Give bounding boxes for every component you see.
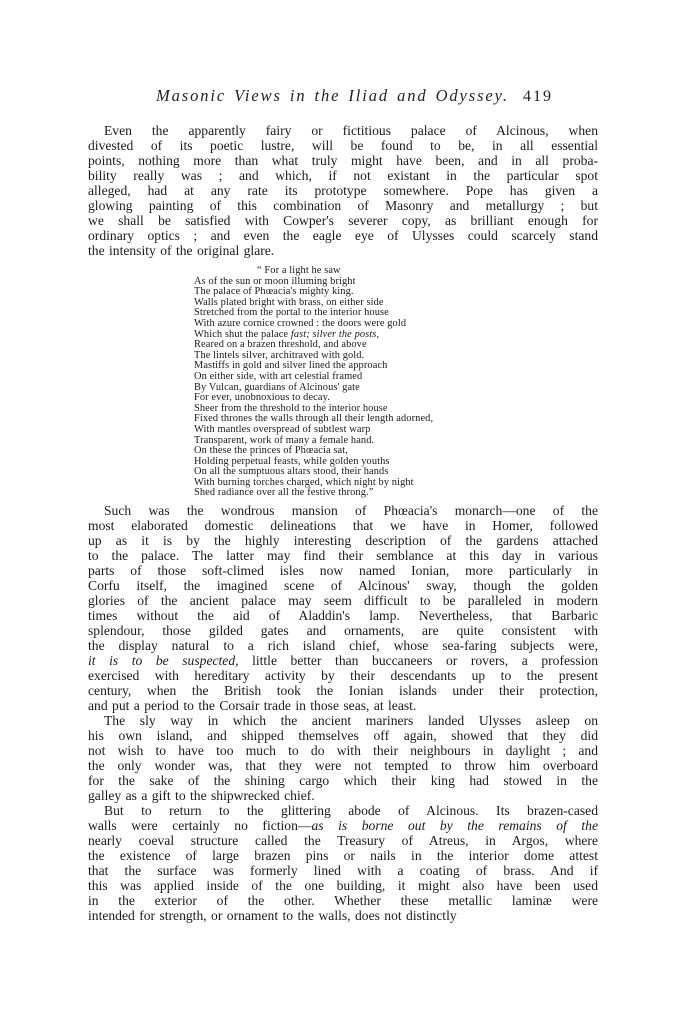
text-line: times without the aid of Aladdin's lamp.… xyxy=(88,608,598,623)
text-line: bility really was ; and which, if not ex… xyxy=(88,168,598,183)
text-line: we shall be satisfied with Cowper's seve… xyxy=(88,213,598,228)
text-line: “ For a light he saw xyxy=(194,266,598,277)
text-line: intended for strength, or ornament to th… xyxy=(88,908,598,923)
text-line: With azure cornice crowned : the doors w… xyxy=(194,319,598,330)
text-line: splendour, those gilded gates and orname… xyxy=(88,623,598,638)
paragraph-brazen-walls: But to return to the glittering abode of… xyxy=(88,803,598,923)
text-line: Corfu itself, the imagined scene of Alci… xyxy=(88,578,598,593)
text-line: points, nothing more than what truly mig… xyxy=(88,153,598,168)
text-line: for the sake of the shining cargo which … xyxy=(88,773,598,788)
text-line: and put a period to the Corsair trade in… xyxy=(88,698,598,713)
text-line: to the palace. The latter may find their… xyxy=(88,548,598,563)
text-line: the display natural to a rich island chi… xyxy=(88,638,598,653)
text-line: parts of those soft-climed isles now nam… xyxy=(88,563,598,578)
text-line: it is to be suspected, little better tha… xyxy=(88,653,598,668)
page-header: Masonic Views in the Iliad and Odyssey. … xyxy=(0,0,678,106)
page-number: 419 xyxy=(523,88,553,106)
text-line: With mantles overspread of subtlest warp xyxy=(194,425,598,436)
text-line: that the surface was formerly lined with… xyxy=(88,863,598,878)
text-line: galley as a gift to the shipwrecked chie… xyxy=(88,788,598,803)
text-line: the intensity of the original glare. xyxy=(88,243,598,258)
text-line: his own island, and shipped themselves o… xyxy=(88,728,598,743)
text-line: Shed radiance over all the festive thron… xyxy=(194,488,598,499)
text-line: ordinary optics ; and even the eagle eye… xyxy=(88,228,598,243)
paragraph-sly-mariners: The sly way in which the ancient mariner… xyxy=(88,713,598,803)
text-line: alleged, had at any rate its prototype s… xyxy=(88,183,598,198)
text-line: But to return to the glittering abode of… xyxy=(88,803,598,818)
text-line: up as it is by the highly interesting de… xyxy=(88,533,598,548)
text-line: divested of its poetic lustre, will be f… xyxy=(88,138,598,153)
text-line: not wish to have too much to do with the… xyxy=(88,743,598,758)
scanned-book-page: Masonic Views in the Iliad and Odyssey. … xyxy=(0,0,678,1017)
text-line: exercised with hereditary activity by th… xyxy=(88,668,598,683)
running-title: Masonic Views in the Iliad and Odyssey. xyxy=(156,86,509,106)
text-line: On either side, with art celestial frame… xyxy=(194,372,598,383)
text-line: Even the apparently fairy or fictitious … xyxy=(88,123,598,138)
text-line: walls were certainly no fiction—as is bo… xyxy=(88,818,598,833)
text-line: The sly way in which the ancient mariner… xyxy=(88,713,598,728)
verse-quotation-cowper: “ For a light he sawAs of the sun or moo… xyxy=(194,266,598,499)
paragraph-wondrous-mansion: Such was the wondrous mansion of Phœacia… xyxy=(88,503,598,713)
text-line: in the exterior of the other. Whether th… xyxy=(88,893,598,908)
text-line: most elaborated domestic delineations th… xyxy=(88,518,598,533)
text-line: Such was the wondrous mansion of Phœacia… xyxy=(88,503,598,518)
text-line: century, when the British took the Ionia… xyxy=(88,683,598,698)
text-line: glories of the ancient palace may seem d… xyxy=(88,593,598,608)
text-line: the existence of large brazen pins or na… xyxy=(88,848,598,863)
text-line: this was applied inside of the one build… xyxy=(88,878,598,893)
text-line: glowing painting of this combination of … xyxy=(88,198,598,213)
paragraph-palace-of-alcinous: Even the apparently fairy or fictitious … xyxy=(88,123,598,258)
text-line: the only wonder was, that they were not … xyxy=(88,758,598,773)
page-body: Even the apparently fairy or fictitious … xyxy=(88,123,598,923)
text-line: nearly coeval structure called the Treas… xyxy=(88,833,598,848)
